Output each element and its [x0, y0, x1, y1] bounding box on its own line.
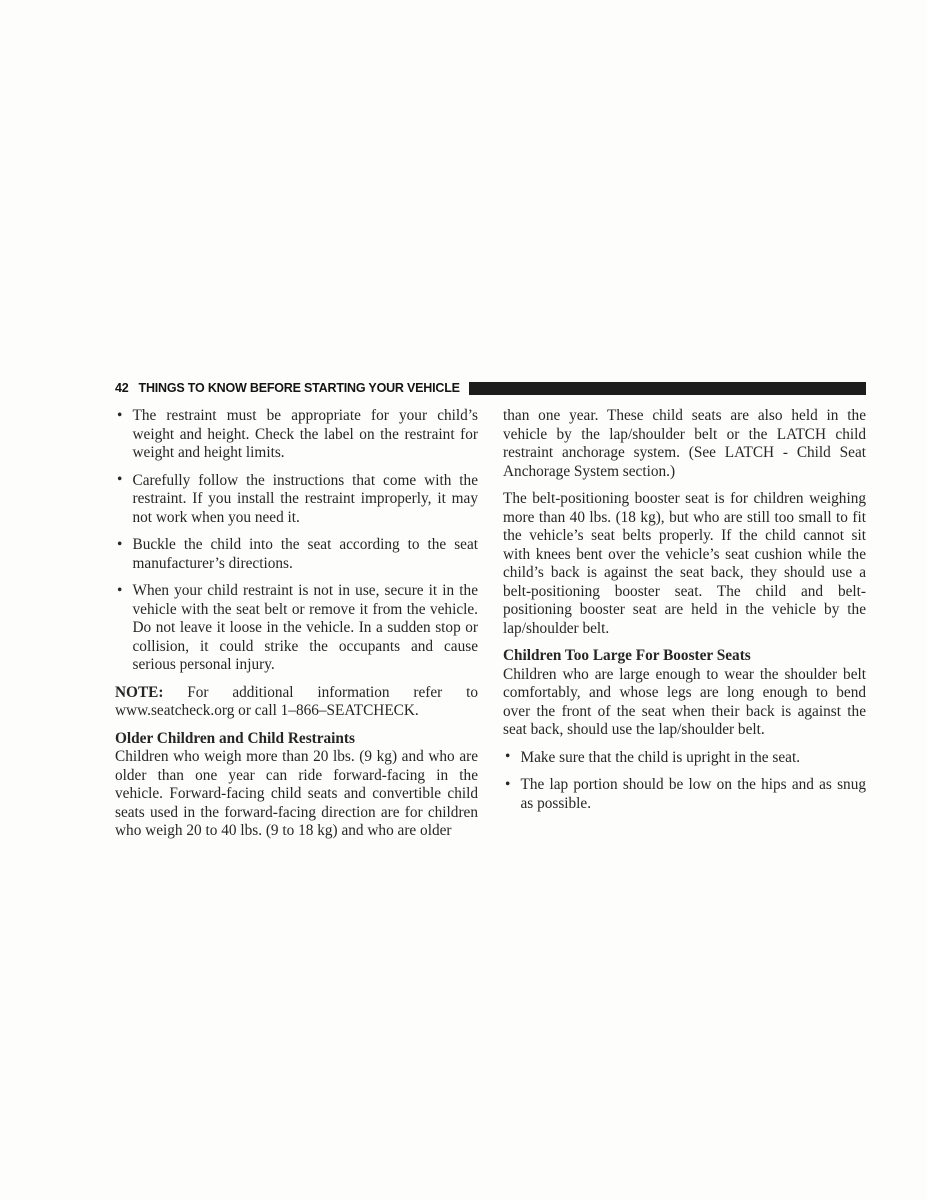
- section-heading: Older Children and Child Restraints: [115, 730, 478, 749]
- bullet-item: •Buckle the child into the seat accordin…: [115, 536, 478, 573]
- bullet-item: •The lap portion should be low on the hi…: [503, 776, 866, 813]
- page-content: 42 THINGS TO KNOW BEFORE STARTING YOUR V…: [115, 381, 866, 841]
- manual-page: 42 THINGS TO KNOW BEFORE STARTING YOUR V…: [0, 0, 927, 1200]
- text-line: seat back, should use the lap/shoulder b…: [503, 721, 866, 740]
- bullet-item: •The restraint must be appropriate for y…: [115, 407, 478, 463]
- bullet-icon: •: [505, 748, 510, 767]
- bullet-item: •Make sure that the child is upright in …: [503, 749, 866, 768]
- note-label: NOTE:: [115, 684, 163, 701]
- text-line: who weigh 20 to 40 lbs. (9 to 18 kg) and…: [115, 822, 478, 841]
- bullet-icon: •: [505, 776, 510, 795]
- chapter-title: THINGS TO KNOW BEFORE STARTING YOUR VEHI…: [139, 381, 460, 395]
- text-line: as possible.: [521, 795, 867, 814]
- text-line: restraint. If you install the restraint …: [133, 490, 479, 509]
- page-number: 42: [115, 381, 129, 395]
- text-line: Do not leave it loose in the vehicle. In…: [133, 619, 479, 638]
- section-heading: Children Too Large For Booster Seats: [503, 647, 866, 666]
- right-column: than one year. These child seats are als…: [503, 407, 866, 841]
- text-line: The lap portion should be low on the hip…: [521, 776, 867, 795]
- text-line: manufacturer’s directions.: [133, 555, 479, 574]
- text-line: Buckle the child into the seat according…: [133, 536, 479, 555]
- text-line: lap/shoulder belt.: [503, 620, 866, 639]
- text-line: Anchorage System section.): [503, 463, 866, 482]
- text-line: weight and height limits.: [133, 444, 479, 463]
- text-line: restraint anchorage system. (See LATCH -…: [503, 444, 866, 463]
- paragraph: than one year. These child seats are als…: [503, 407, 866, 481]
- text-line: weight and height. Check the label on th…: [133, 426, 479, 445]
- text-line: more than 40 lbs. (18 kg), but who are s…: [503, 509, 866, 528]
- text-line: Make sure that the child is upright in t…: [521, 749, 867, 768]
- bullet-icon: •: [117, 407, 122, 426]
- text-line: child’s back is against the seat back, t…: [503, 564, 866, 583]
- text-line: older than one year can ride forward-fac…: [115, 767, 478, 786]
- text-line: When your child restraint is not in use,…: [133, 582, 479, 601]
- paragraph: Children who are large enough to wear th…: [503, 666, 866, 740]
- bullet-item: •When your child restraint is not in use…: [115, 582, 478, 675]
- text-line: Carefully follow the instructions that c…: [133, 472, 479, 491]
- text-line: Children who weigh more than 20 lbs. (9 …: [115, 748, 478, 767]
- header-bar: [469, 382, 866, 395]
- text-line: with knees bent over the vehicle’s seat …: [503, 546, 866, 565]
- text-line: serious personal injury.: [133, 656, 479, 675]
- note-paragraph: NOTE: For additional information refer t…: [115, 684, 478, 721]
- page-header: 42 THINGS TO KNOW BEFORE STARTING YOUR V…: [115, 381, 866, 395]
- text-line: The belt-positioning booster seat is for…: [503, 490, 866, 509]
- text-line: vehicle by the lap/shoulder belt or the …: [503, 426, 866, 445]
- text-line: Children who are large enough to wear th…: [503, 666, 866, 685]
- text-line: positioning booster seat are held in the…: [503, 601, 866, 620]
- text-line: www.seatcheck.org or call 1–866–SEATCHEC…: [115, 702, 478, 721]
- text-line: than one year. These child seats are als…: [503, 407, 866, 426]
- text-line: collision, it could strike the occupants…: [133, 638, 479, 657]
- text-line: vehicle with the seat belt or remove it …: [133, 601, 479, 620]
- paragraph: The belt-positioning booster seat is for…: [503, 490, 866, 638]
- text-line: seats used in the forward-facing directi…: [115, 804, 478, 823]
- text-line: the vehicle’s seat belts properly. If th…: [503, 527, 866, 546]
- text-line: The restraint must be appropriate for yo…: [133, 407, 479, 426]
- bullet-item: •Carefully follow the instructions that …: [115, 472, 478, 528]
- text-line: comfortably, and whose legs are long eno…: [503, 684, 866, 703]
- text-line: not work when you need it.: [133, 509, 479, 528]
- paragraph: Children who weigh more than 20 lbs. (9 …: [115, 748, 478, 841]
- text-line: NOTE: For additional information refer t…: [115, 684, 478, 703]
- text-line: over the front of the seat when their ba…: [503, 703, 866, 722]
- bullet-icon: •: [117, 471, 122, 490]
- columns: •The restraint must be appropriate for y…: [115, 407, 866, 841]
- left-column: •The restraint must be appropriate for y…: [115, 407, 478, 841]
- text-line: vehicle. Forward-facing child seats and …: [115, 785, 478, 804]
- note-text: For additional information refer to: [187, 684, 478, 701]
- text-line: belt-positioning booster seat. The child…: [503, 583, 866, 602]
- bullet-icon: •: [117, 582, 122, 601]
- bullet-icon: •: [117, 536, 122, 555]
